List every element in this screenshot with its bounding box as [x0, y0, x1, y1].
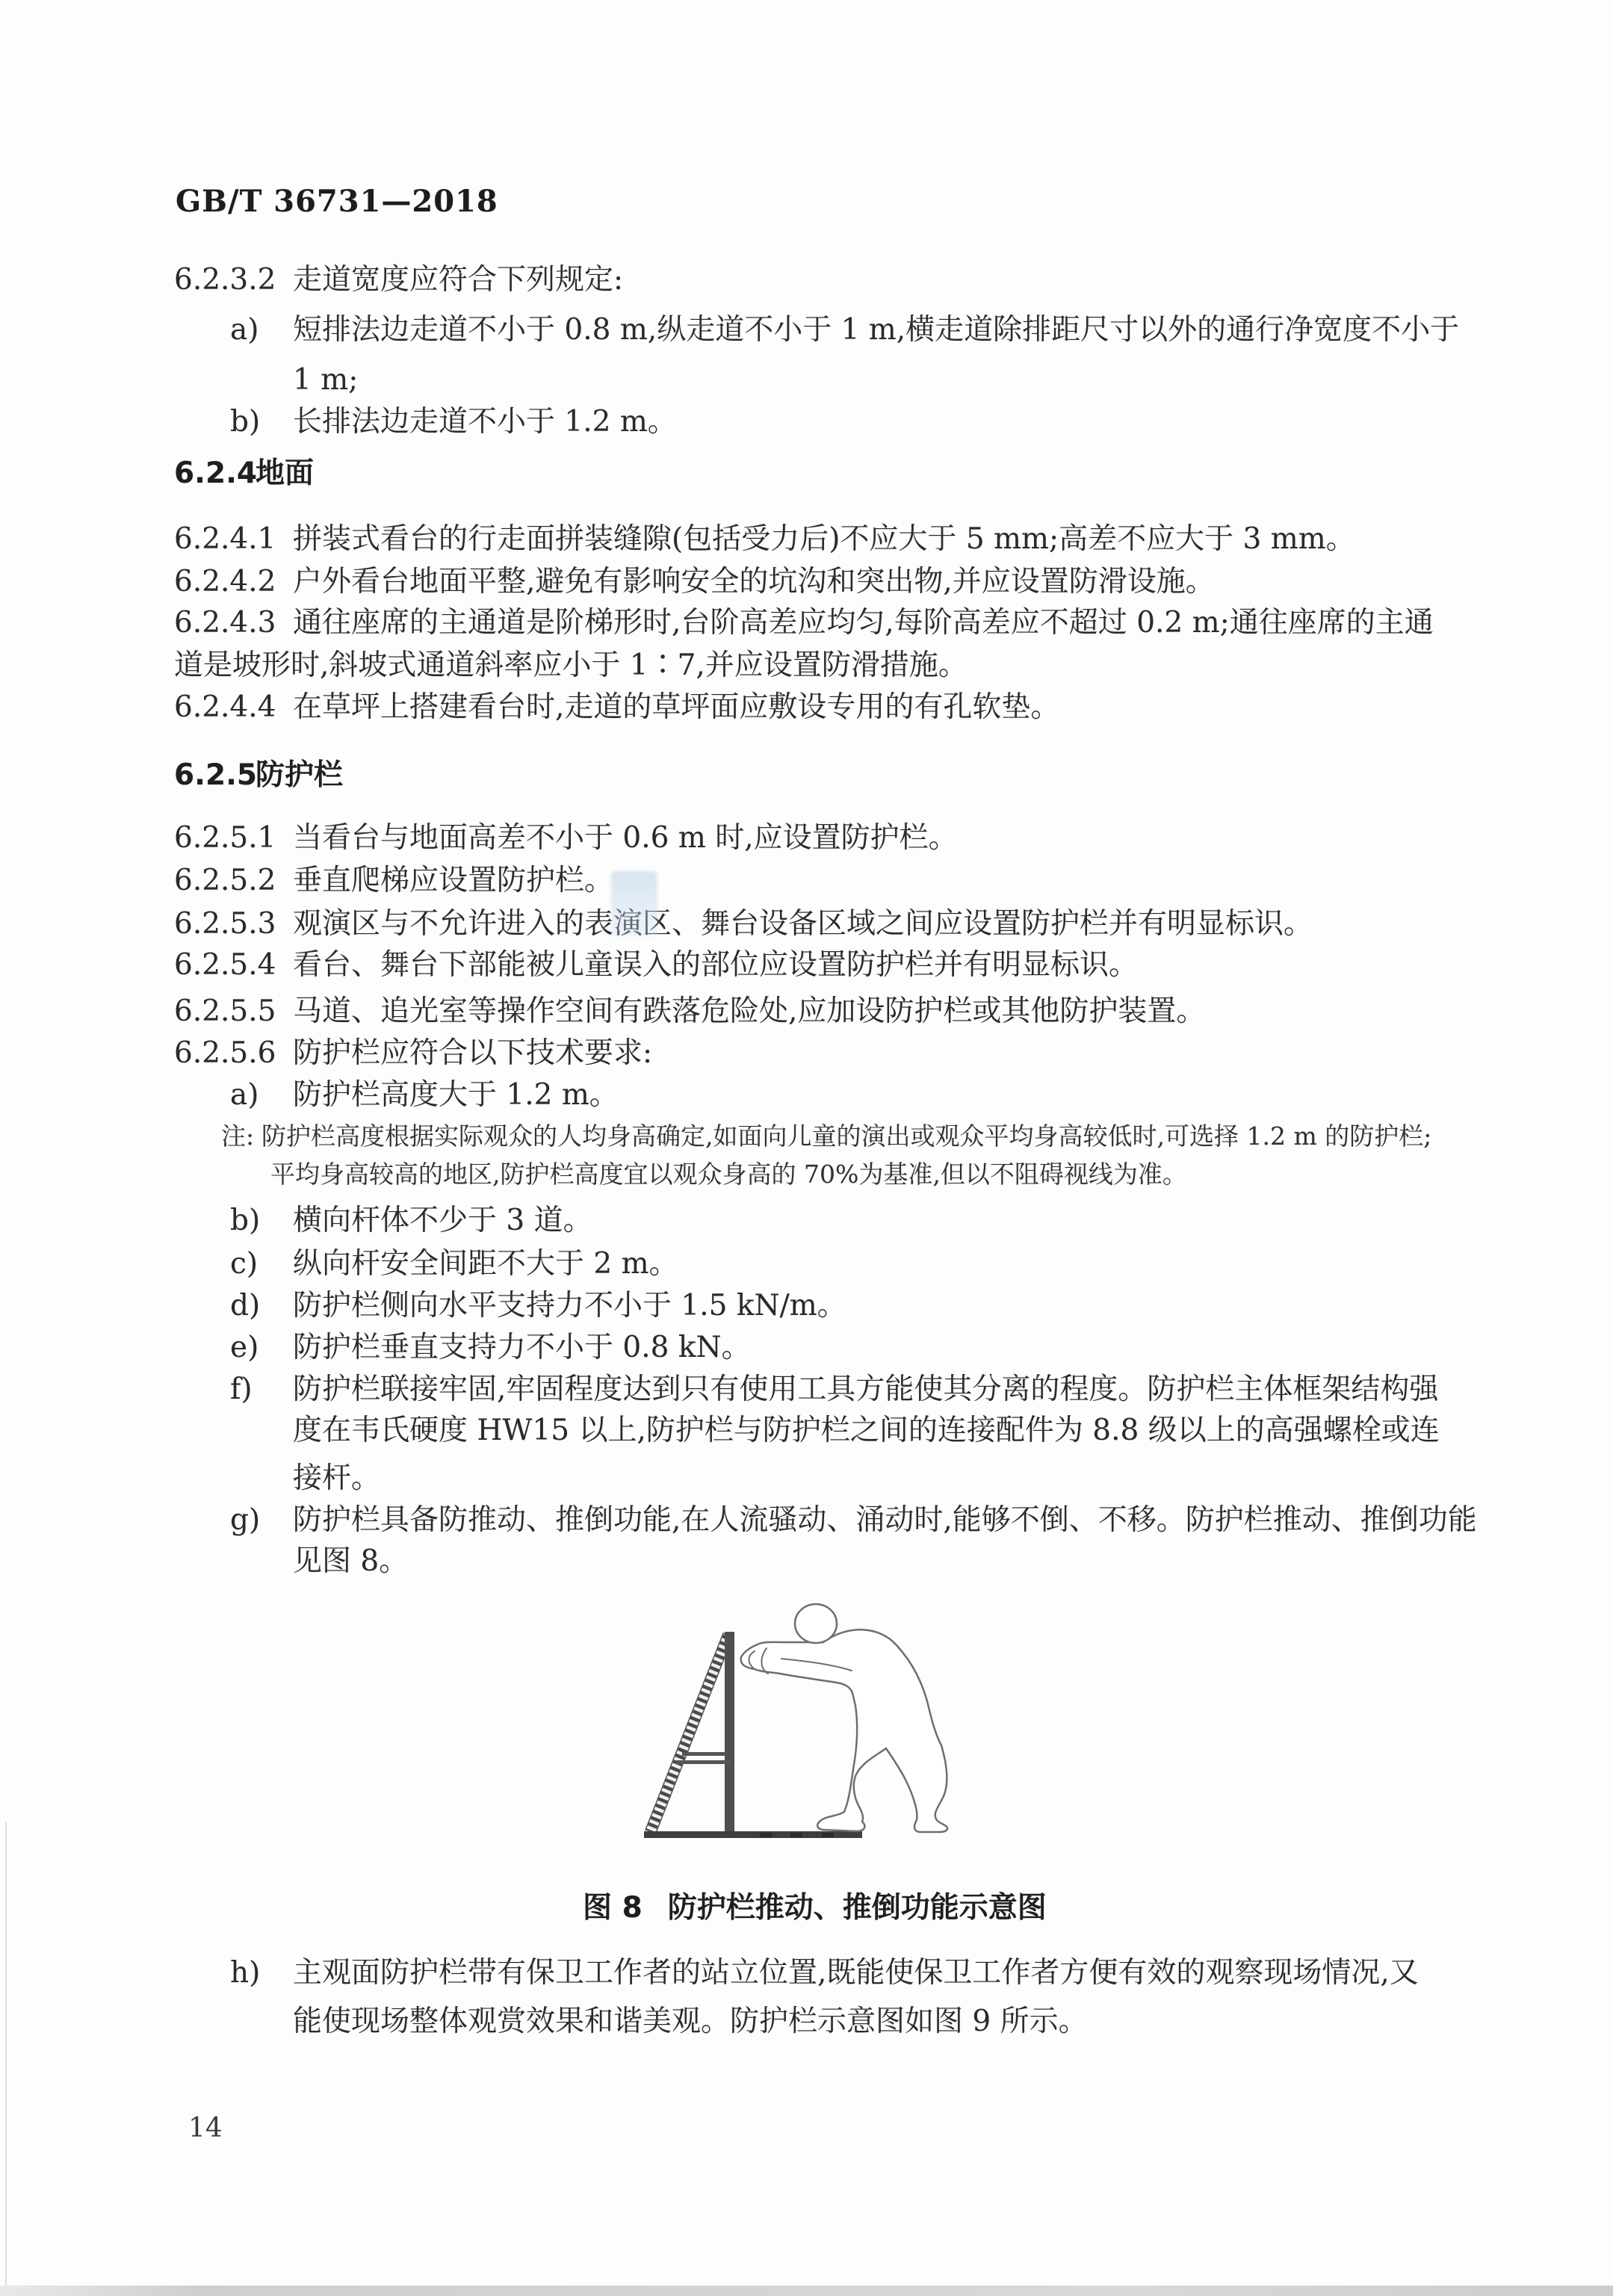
line-label: e) [230, 1331, 258, 1365]
line-text: 道是坡形时,斜坡式通道斜率应小于 1∶7,并应设置防滑措施。 [174, 649, 968, 683]
barrier-base-mark [822, 1833, 834, 1837]
line-text: 户外看台地面平整,避免有影响安全的坑沟和突出物,并应设置防滑设施。 [293, 565, 1215, 599]
figure-8-drawing [635, 1599, 1046, 1928]
doc-code: GB/T 36731—2018 [176, 184, 498, 219]
scan-bottom-edge-artifact [0, 2286, 1613, 2296]
line-label: 6.2.4 [174, 457, 257, 491]
line-text: 能使现场整体观赏效果和谐美观。防护栏示意图如图 9 所示。 [293, 2005, 1088, 2039]
clause-line: 6.2.5.3观演区与不允许进入的表演区、舞台设备区域之间应设置防护栏并有明显标… [0, 907, 1613, 944]
line-label: 6.2.5.2 [174, 864, 276, 898]
line-label: b) [230, 1204, 260, 1238]
line-text: 纵向杆安全间距不大于 2 m。 [293, 1247, 678, 1281]
figure-caption-label: 图 8 [583, 1891, 643, 1925]
line-label: a) [230, 1078, 258, 1113]
list-item-continuation-line: 度在韦氏硬度 HW15 以上,防护栏与防护栏之间的连接配件为 8.8 级以上的高… [0, 1414, 1613, 1451]
scan-left-edge-artifact [5, 1822, 7, 2286]
line-text: 防护栏联接牢固,牢固程度达到只有使用工具方能使其分离的程度。防护栏主体框架结构强 [293, 1373, 1438, 1407]
person-body-outline [741, 1630, 947, 1832]
list-item-continuation-line: 接杆。 [0, 1461, 1613, 1499]
line-text: 1 m; [293, 363, 358, 397]
list-item-line: b)横向杆体不少于 3 道。 [0, 1204, 1613, 1241]
clause-line: 6.2.4.4在草坪上搭建看台时,走道的草坪面应敷设专用的有孔软垫。 [0, 690, 1613, 728]
list-item-line: a)防护栏高度大于 1.2 m。 [0, 1078, 1613, 1115]
line-text: 防护栏高度大于 1.2 m。 [293, 1078, 619, 1113]
barrier-post [725, 1632, 734, 1834]
line-label: 6.2.3.2 [174, 263, 276, 297]
person-figure [741, 1604, 947, 1832]
scan-watermark-artifact [611, 871, 657, 937]
line-text: 看台、舞台下部能被儿童误入的部位应设置防护栏并有明显标识。 [293, 948, 1138, 983]
line-text: 防护栏高度根据实际观众的人均身高确定,如面向儿童的演出或观众平均身高较低时,可选… [261, 1121, 1431, 1151]
person-head [795, 1604, 837, 1643]
line-text: 防护栏垂直支持力不小于 0.8 kN。 [293, 1331, 751, 1365]
list-item-line: e)防护栏垂直支持力不小于 0.8 kN。 [0, 1331, 1613, 1368]
line-label: d) [230, 1289, 260, 1323]
line-text: 防护栏具备防推动、推倒功能,在人流骚动、涌动时,能够不倒、不移。防护栏推动、推倒… [293, 1503, 1477, 1538]
list-item-continuation-line: 能使现场整体观赏效果和谐美观。防护栏示意图如图 9 所示。 [0, 2005, 1613, 2042]
figure-caption-title: 防护栏推动、推倒功能示意图 [668, 1891, 1047, 1925]
line-label: f) [230, 1373, 253, 1407]
line-text: 防护栏应符合以下技术要求: [293, 1036, 652, 1071]
line-text: 长排法边走道不小于 1.2 m。 [293, 405, 677, 439]
line-text: 在草坪上搭建看台时,走道的草坪面应敷设专用的有孔软垫。 [293, 690, 1059, 725]
list-item-line: a)短排法边走道不小于 0.8 m,纵走道不小于 1 m,横走道除排距尺寸以外的… [0, 313, 1613, 350]
line-text: 防护栏侧向水平支持力不小于 1.5 kN/m。 [293, 1289, 846, 1323]
barrier-rung-lower [676, 1760, 731, 1764]
line-label: 6.2.5 [174, 758, 257, 793]
line-label: 6.2.4.2 [174, 565, 276, 599]
line-text: 短排法边走道不小于 0.8 m,纵走道不小于 1 m,横走道除排距尺寸以外的通行… [293, 313, 1459, 347]
line-label: 6.2.5.4 [174, 948, 276, 983]
note-line: 注:防护栏高度根据实际观众的人均身高确定,如面向儿童的演出或观众平均身高较低时,… [0, 1121, 1613, 1159]
line-label: 6.2.5.3 [174, 907, 276, 941]
line-label: 6.2.4.1 [174, 522, 276, 557]
line-label: 6.2.4.3 [174, 606, 276, 640]
line-label: 6.2.5.1 [174, 821, 276, 855]
list-item-line: b)长排法边走道不小于 1.2 m。 [0, 405, 1613, 442]
line-label: 6.2.5.6 [174, 1036, 276, 1071]
list-item-line: h)主观面防护栏带有保卫工作者的站立位置,既能使保卫工作者方便有效的观察现场情况… [0, 1956, 1613, 1993]
line-label: 6.2.5.5 [174, 994, 276, 1029]
list-item-continuation-line: 见图 8。 [0, 1544, 1613, 1582]
line-label: g) [230, 1503, 260, 1538]
line-text: 见图 8。 [293, 1544, 408, 1579]
document-page: GB/T 36731—2018 6.2.3.2走道宽度应符合下列规定:a)短排法… [0, 0, 1613, 2296]
line-label: 注: [221, 1121, 254, 1151]
line-text: 主观面防护栏带有保卫工作者的站立位置,既能使保卫工作者方便有效的观察现场情况,又 [293, 1956, 1419, 1990]
barrier-base-mark [790, 1833, 802, 1837]
line-text: 平均身高较高的地区,防护栏高度宜以观众身高的 70%为基准,但以不阻碍视线为准。 [270, 1160, 1187, 1189]
clause-line: 6.2.4.1拼装式看台的行走面拼装缝隙(包括受力后)不应大于 5 mm;高差不… [0, 522, 1613, 560]
line-text: 马道、追光室等操作空间有跌落危险处,应加设防护栏或其他防护装置。 [293, 994, 1205, 1029]
line-text: 走道宽度应符合下列规定: [293, 263, 623, 297]
note-continuation-line: 平均身高较高的地区,防护栏高度宜以观众身高的 70%为基准,但以不阻碍视线为准。 [0, 1160, 1613, 1197]
section-heading: 6.2.4地面 [0, 457, 1613, 494]
barrier-rung-upper [682, 1752, 728, 1756]
clause-line: 6.2.3.2走道宽度应符合下列规定: [0, 263, 1613, 300]
clause-line: 6.2.5.1当看台与地面高差不小于 0.6 m 时,应设置防护栏。 [0, 821, 1613, 858]
line-label: h) [230, 1956, 260, 1990]
list-item-line: d)防护栏侧向水平支持力不小于 1.5 kN/m。 [0, 1289, 1613, 1326]
line-text: 观演区与不允许进入的表演区、舞台设备区域之间应设置防护栏并有明显标识。 [293, 907, 1313, 941]
page-number: 14 [188, 2113, 223, 2144]
clause-line: 6.2.5.2垂直爬梯应设置防护栏。 [0, 864, 1613, 901]
line-text: 拼装式看台的行走面拼装缝隙(包括受力后)不应大于 5 mm;高差不应大于 3 m… [293, 522, 1355, 557]
line-text: 地面 [256, 457, 314, 491]
figure-caption: 图 8防护栏推动、推倒功能示意图 [583, 1884, 1047, 1926]
clause-line: 6.2.5.6防护栏应符合以下技术要求: [0, 1036, 1613, 1074]
line-text: 垂直爬梯应设置防护栏。 [293, 864, 613, 898]
list-item-continuation-line: 1 m; [0, 363, 1613, 400]
barrier-diagonal-strut [645, 1633, 733, 1833]
line-label: a) [230, 313, 258, 347]
clause-line: 6.2.5.5马道、追光室等操作空间有跌落危险处,应加设防护栏或其他防护装置。 [0, 994, 1613, 1032]
line-label: c) [230, 1247, 258, 1281]
list-item-line: c)纵向杆安全间距不大于 2 m。 [0, 1247, 1613, 1284]
barrier-base-mark [760, 1833, 772, 1837]
line-text: 度在韦氏硬度 HW15 以上,防护栏与防护栏之间的连接配件为 8.8 级以上的高… [293, 1414, 1440, 1448]
clause-line: 6.2.5.4看台、舞台下部能被儿童误入的部位应设置防护栏并有明显标识。 [0, 948, 1613, 985]
line-label: 6.2.4.4 [174, 690, 276, 725]
line-text: 通往座席的主通道是阶梯形时,台阶高差应均匀,每阶高差应不超过 0.2 m;通往座… [293, 606, 1434, 640]
line-label: b) [230, 405, 260, 439]
list-item-line: f)防护栏联接牢固,牢固程度达到只有使用工具方能使其分离的程度。防护栏主体框架结… [0, 1373, 1613, 1410]
clause-continuation-line: 道是坡形时,斜坡式通道斜率应小于 1∶7,并应设置防滑措施。 [0, 649, 1613, 686]
clause-line: 6.2.4.2户外看台地面平整,避免有影响安全的坑沟和突出物,并应设置防滑设施。 [0, 565, 1613, 602]
line-text: 防护栏 [256, 758, 343, 793]
line-text: 当看台与地面高差不小于 0.6 m 时,应设置防护栏。 [293, 821, 958, 855]
list-item-line: g)防护栏具备防推动、推倒功能,在人流骚动、涌动时,能够不倒、不移。防护栏推动、… [0, 1503, 1613, 1541]
line-text: 接杆。 [293, 1461, 380, 1496]
clause-line: 6.2.4.3通往座席的主通道是阶梯形时,台阶高差应均匀,每阶高差应不超过 0.… [0, 606, 1613, 643]
section-heading: 6.2.5防护栏 [0, 758, 1613, 796]
line-text: 横向杆体不少于 3 道。 [293, 1204, 592, 1238]
